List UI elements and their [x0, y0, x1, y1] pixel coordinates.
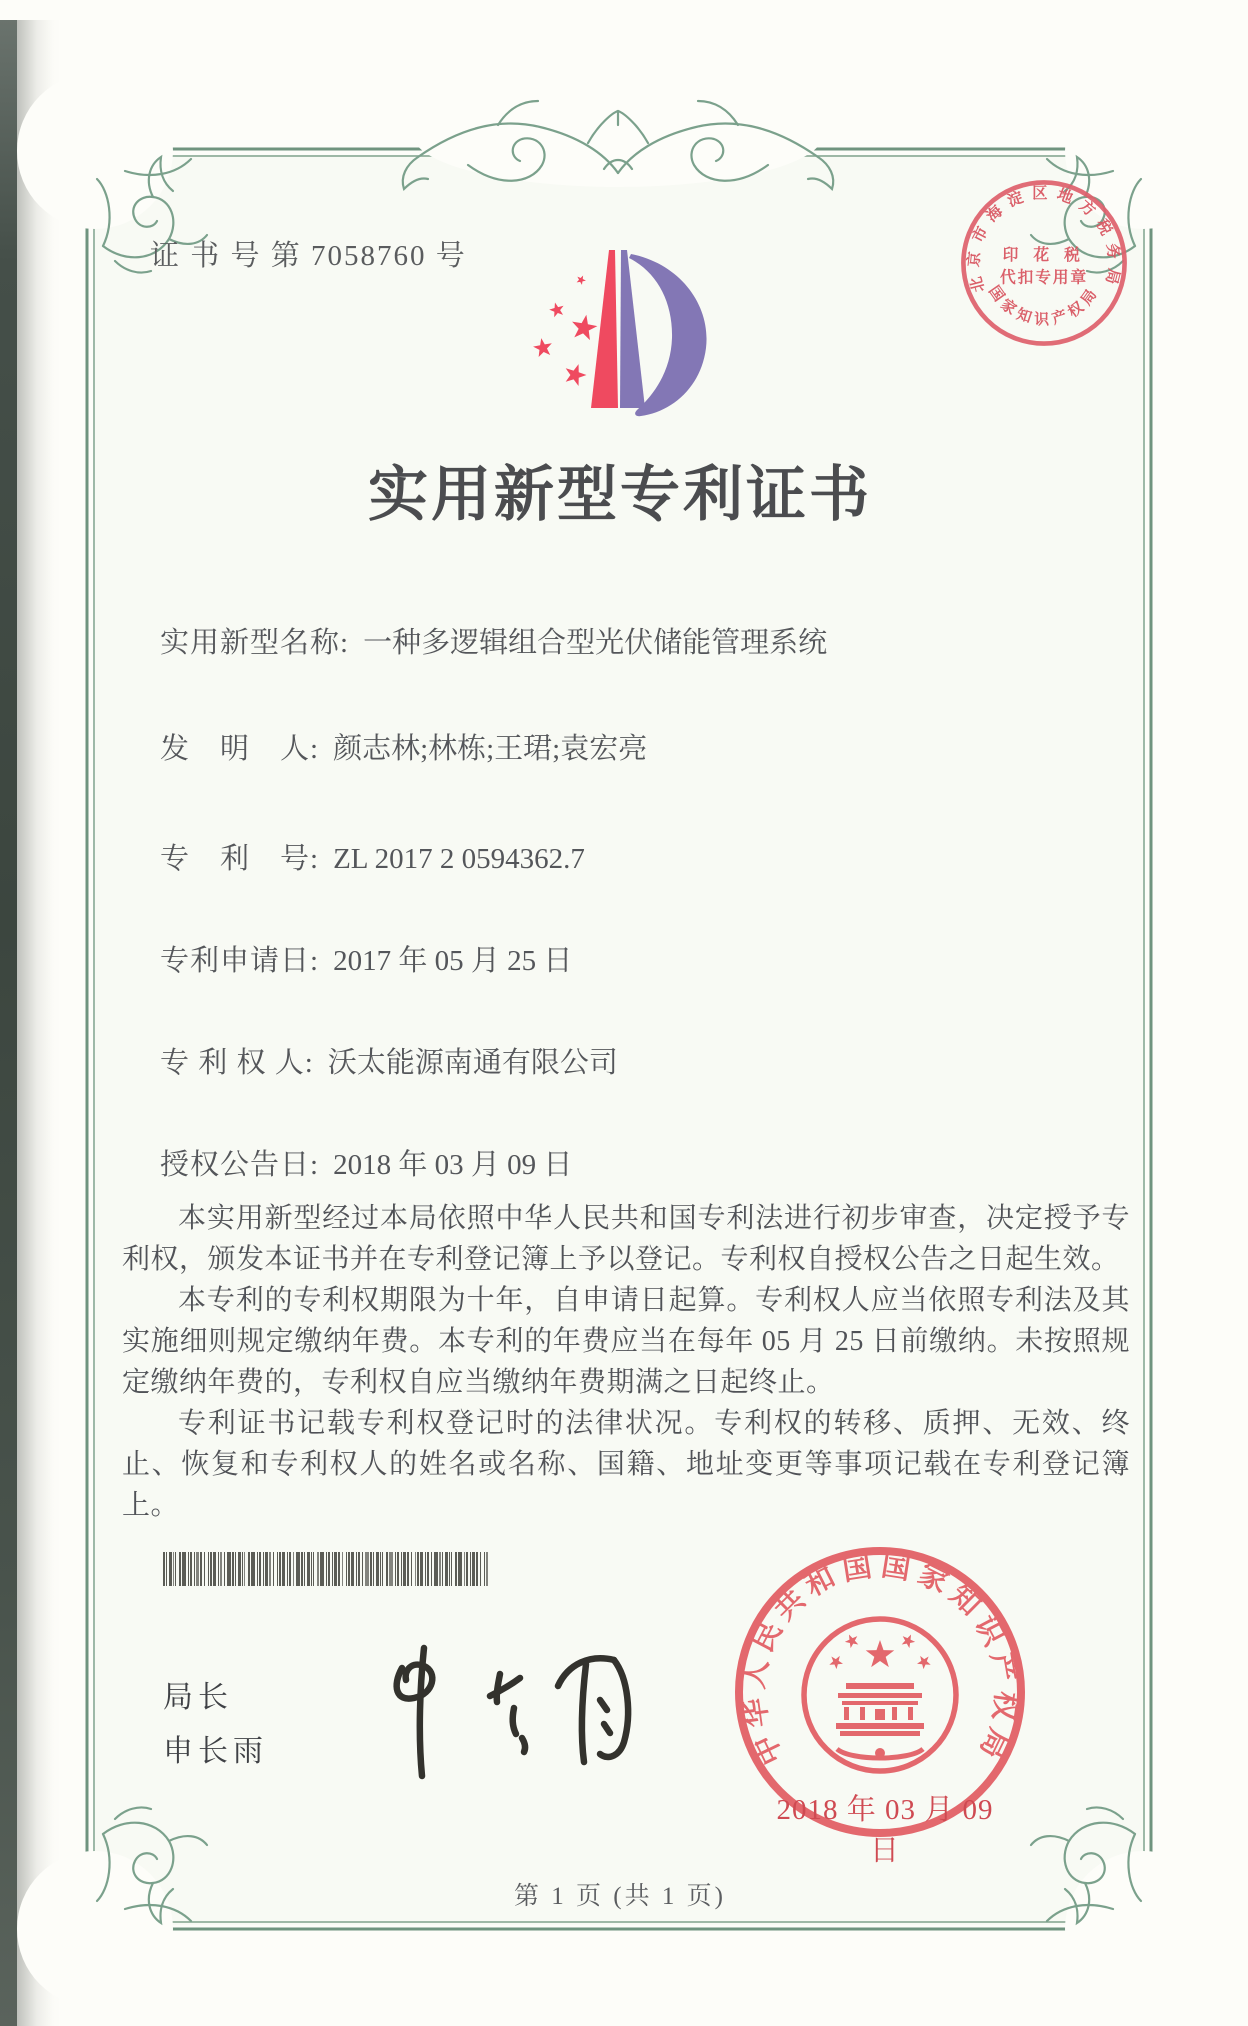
page-footer: 第 1 页 (共 1 页)	[95, 1876, 1145, 1912]
tax-stamp-center-line2: 代扣专用章	[1000, 267, 1088, 286]
seal-date: 2018 年 03 月 09 日	[760, 1787, 1010, 1869]
field-row-patent-number: 专 利 号:ZL 2017 2 0594362.7	[160, 836, 585, 877]
field-label: 实用新型名称:	[160, 627, 349, 659]
logo-red-wedge	[591, 250, 618, 408]
signer-name: 申长雨	[163, 1726, 268, 1770]
logo-stars	[532, 273, 599, 387]
field-row-inventors: 发 明 人:颜志林;林栋;王珺;袁宏亮	[160, 726, 647, 767]
body-paragraph: 本专利的专利权期限为十年，自申请日起算。专利权人应当依照专利法及其实施细则规定缴…	[122, 1280, 1130, 1403]
field-value: 沃太能源南通有限公司	[328, 1047, 618, 1079]
certificate-number: 证 书 号 第 7058760 号	[150, 233, 467, 274]
page-curve-shadow	[17, 20, 61, 2026]
legal-text-block: 本实用新型经过本局依照中华人民共和国专利法进行初步审查，决定授予专利权，颁发本证…	[122, 1198, 1130, 1526]
field-label: 专 利 权 人:	[160, 1047, 314, 1079]
logo-purple-wedge	[620, 250, 645, 408]
patent-certificate-scan: 证 书 号 第 7058760 号 北京市海淀区地方税务局 国家知识产权局 印 …	[0, 0, 1248, 2026]
field-label: 专 利 号:	[160, 843, 319, 875]
field-row-utility-model-name: 实用新型名称:一种多逻辑组合型光伏储能管理系统	[160, 620, 827, 661]
svg-text:国家知识产权局: 国家知识产权局	[985, 282, 1103, 328]
field-label: 授权公告日:	[160, 1149, 319, 1181]
body-paragraph: 专利证书记载专利权登记时的法律状况。专利权的转移、质押、无效、终止、恢复和专利权…	[122, 1403, 1130, 1526]
field-value: ZL 2017 2 0594362.7	[333, 843, 585, 875]
tax-stamp-ring-bottom-text: 国家知识产权局	[985, 282, 1103, 328]
tax-stamp: 北京市海淀区地方税务局 国家知识产权局 印 花 税 代扣专用章	[956, 175, 1132, 351]
body-paragraph: 本实用新型经过本局依照中华人民共和国专利法进行初步审查，决定授予专利权，颁发本证…	[122, 1198, 1130, 1280]
field-value: 2018 年 03 月 09 日	[333, 1149, 572, 1181]
field-label: 发 明 人:	[160, 733, 319, 765]
field-value: 一种多逻辑组合型光伏储能管理系统	[363, 627, 827, 659]
book-spine-edge	[0, 20, 17, 2026]
tax-stamp-center-line1: 印 花 税	[1003, 245, 1086, 264]
field-value: 颜志林;林栋;王珺;袁宏亮	[333, 733, 647, 765]
top-center-ornament	[403, 101, 833, 189]
field-label: 专利申请日:	[160, 945, 319, 977]
barcode	[163, 1552, 495, 1588]
field-row-filing-date: 专利申请日:2017 年 05 月 25 日	[160, 938, 572, 979]
cnipa-logo	[505, 240, 735, 418]
field-row-patentee: 专 利 权 人:沃太能源南通有限公司	[160, 1040, 618, 1081]
signature-shen-changyu	[362, 1634, 652, 1794]
field-row-grant-date: 授权公告日:2018 年 03 月 09 日	[160, 1142, 572, 1183]
signer-title: 局长	[163, 1672, 233, 1716]
national-emblem	[804, 1619, 956, 1771]
field-value: 2017 年 05 月 25 日	[333, 945, 572, 977]
certificate-title: 实用新型专利证书	[95, 447, 1145, 533]
